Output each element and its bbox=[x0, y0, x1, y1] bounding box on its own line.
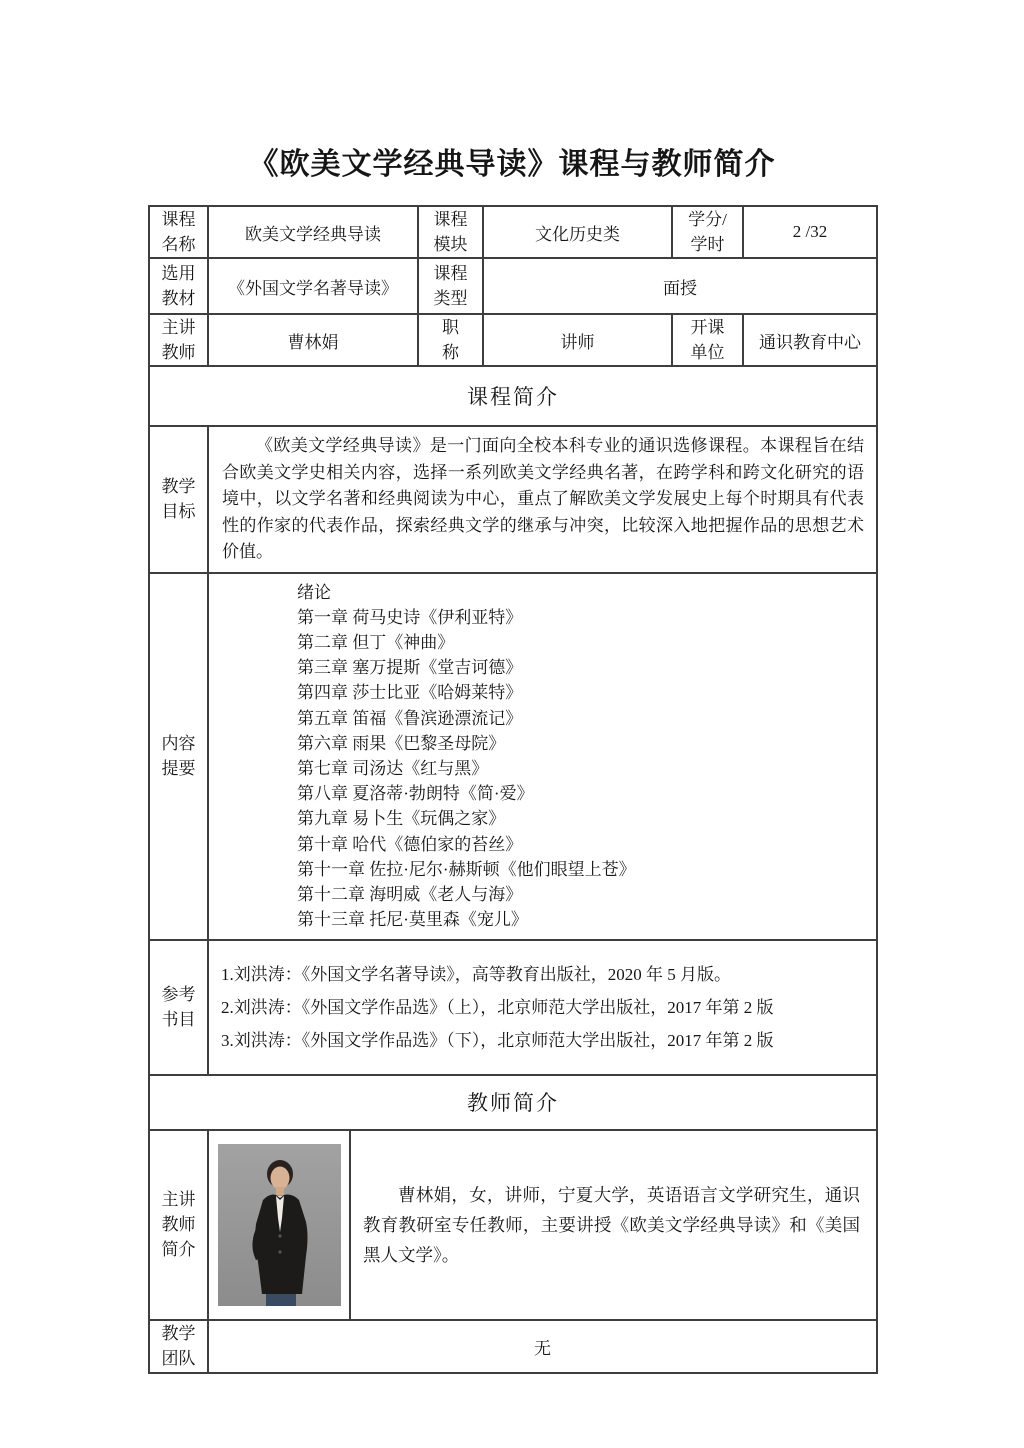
chapter-item: 第三章 塞万提斯《堂吉诃德》 bbox=[297, 655, 868, 680]
credit-hours-value: 2 /32 bbox=[743, 206, 877, 258]
content-summary-cell: 绪论 第一章 荷马史诗《伊利亚特》 第二章 但丁《神曲》 第三章 塞万提斯《堂吉… bbox=[208, 573, 877, 940]
chapter-item: 第七章 司汤达《红与黑》 bbox=[297, 756, 868, 781]
reference-item: 1.刘洪涛：《外国文学名著导读》，高等教育出版社，2020 年 5 月版。 bbox=[221, 958, 868, 991]
row-content-summary: 内容 提要 绪论 第一章 荷马史诗《伊利亚特》 第二章 但丁《神曲》 第三章 塞… bbox=[149, 573, 877, 940]
page-title: 《欧美文学经典导读》课程与教师简介 bbox=[0, 139, 1024, 183]
teacher-photo-cell bbox=[209, 1131, 351, 1319]
course-module-value: 文化历史类 bbox=[483, 206, 672, 258]
course-type-value: 面授 bbox=[483, 258, 877, 314]
row-objectives: 教学 目标 《欧美文学经典导读》是一门面向全校本科专业的通识选修课程。本课程旨在… bbox=[149, 426, 877, 573]
teaching-team-label: 教学 团队 bbox=[149, 1320, 208, 1373]
teacher-profile-text: 曹林娟，女，讲师，宁夏大学，英语语言文学研究生，通识教育教研室专任教师，主要讲授… bbox=[363, 1180, 860, 1270]
row-textbook: 选用 教材 《外国文学名著导读》 课程 类型 面授 bbox=[149, 258, 877, 314]
offering-unit-label: 开课 单位 bbox=[672, 314, 743, 366]
teaching-team-value: 无 bbox=[208, 1320, 877, 1373]
references-label: 参考 书目 bbox=[149, 940, 208, 1075]
teacher-profile-label: 主讲 教师 简介 bbox=[149, 1130, 208, 1320]
offering-unit-value: 通识教育中心 bbox=[743, 314, 877, 366]
chapter-item: 第六章 雨果《巴黎圣母院》 bbox=[297, 731, 868, 756]
chapter-item: 第十一章 佐拉·尼尔·赫斯顿《他们眼望上苍》 bbox=[297, 857, 868, 882]
course-name-label: 课程 名称 bbox=[149, 206, 208, 258]
rank-label: 职 称 bbox=[418, 314, 483, 366]
row-teaching-team: 教学 团队 无 bbox=[149, 1320, 877, 1373]
instructor-label: 主讲 教师 bbox=[149, 314, 208, 366]
row-course-name: 课程 名称 欧美文学经典导读 课程 模块 文化历史类 学分/ 学时 2 /32 bbox=[149, 206, 877, 258]
references-cell: 1.刘洪涛：《外国文学名著导读》，高等教育出版社，2020 年 5 月版。 2.… bbox=[208, 940, 877, 1075]
chapter-item: 绪论 bbox=[297, 580, 868, 605]
row-teacher-intro-header: 教师简介 bbox=[149, 1075, 877, 1130]
reference-item: 3.刘洪涛：《外国文学作品选》（下），北京师范大学出版社，2017 年第 2 版 bbox=[221, 1024, 868, 1057]
row-teacher-profile: 主讲 教师 简介 bbox=[149, 1130, 877, 1320]
chapter-item: 第十三章 托尼·莫里森《宠儿》 bbox=[297, 907, 868, 932]
objectives-label: 教学 目标 bbox=[149, 426, 208, 573]
row-course-intro-header: 课程简介 bbox=[149, 366, 877, 426]
chapter-item: 第四章 莎士比亚《哈姆莱特》 bbox=[297, 680, 868, 705]
chapter-item: 第二章 但丁《神曲》 bbox=[297, 630, 868, 655]
teacher-photo bbox=[218, 1144, 341, 1306]
textbook-label: 选用 教材 bbox=[149, 258, 208, 314]
reference-item: 2.刘洪涛：《外国文学作品选》（上），北京师范大学出版社，2017 年第 2 版 bbox=[221, 991, 868, 1024]
textbook-value: 《外国文学名著导读》 bbox=[208, 258, 418, 314]
objectives-cell: 《欧美文学经典导读》是一门面向全校本科专业的通识选修课程。本课程旨在结合欧美文学… bbox=[208, 426, 877, 573]
course-type-label: 课程 类型 bbox=[418, 258, 483, 314]
row-instructor: 主讲 教师 曹林娟 职 称 讲师 开课 单位 通识教育中心 bbox=[149, 314, 877, 366]
row-references: 参考 书目 1.刘洪涛：《外国文学名著导读》，高等教育出版社，2020 年 5 … bbox=[149, 940, 877, 1075]
chapter-item: 第五章 笛福《鲁滨逊漂流记》 bbox=[297, 706, 868, 731]
rank-value: 讲师 bbox=[483, 314, 672, 366]
instructor-value: 曹林娟 bbox=[208, 314, 418, 366]
chapter-item: 第九章 易卜生《玩偶之家》 bbox=[297, 806, 868, 831]
course-name-value: 欧美文学经典导读 bbox=[208, 206, 418, 258]
teacher-intro-header: 教师简介 bbox=[149, 1075, 877, 1130]
chapter-item: 第八章 夏洛蒂·勃朗特《简·爱》 bbox=[297, 781, 868, 806]
objectives-text: 《欧美文学经典导读》是一门面向全校本科专业的通识选修课程。本课程旨在结合欧美文学… bbox=[209, 427, 876, 572]
chapter-item: 第一章 荷马史诗《伊利亚特》 bbox=[297, 605, 868, 630]
course-module-label: 课程 模块 bbox=[418, 206, 483, 258]
course-intro-header: 课程简介 bbox=[149, 366, 877, 426]
teacher-profile-cell: 曹林娟，女，讲师，宁夏大学，英语语言文学研究生，通识教育教研室专任教师，主要讲授… bbox=[208, 1130, 877, 1320]
content-summary-label: 内容 提要 bbox=[149, 573, 208, 940]
chapter-item: 第十章 哈代《德伯家的苔丝》 bbox=[297, 832, 868, 857]
credit-hours-label: 学分/ 学时 bbox=[672, 206, 743, 258]
chapter-item: 第十二章 海明威《老人与海》 bbox=[297, 882, 868, 907]
course-info-table: 课程 名称 欧美文学经典导读 课程 模块 文化历史类 学分/ 学时 2 /32 … bbox=[148, 205, 878, 1374]
